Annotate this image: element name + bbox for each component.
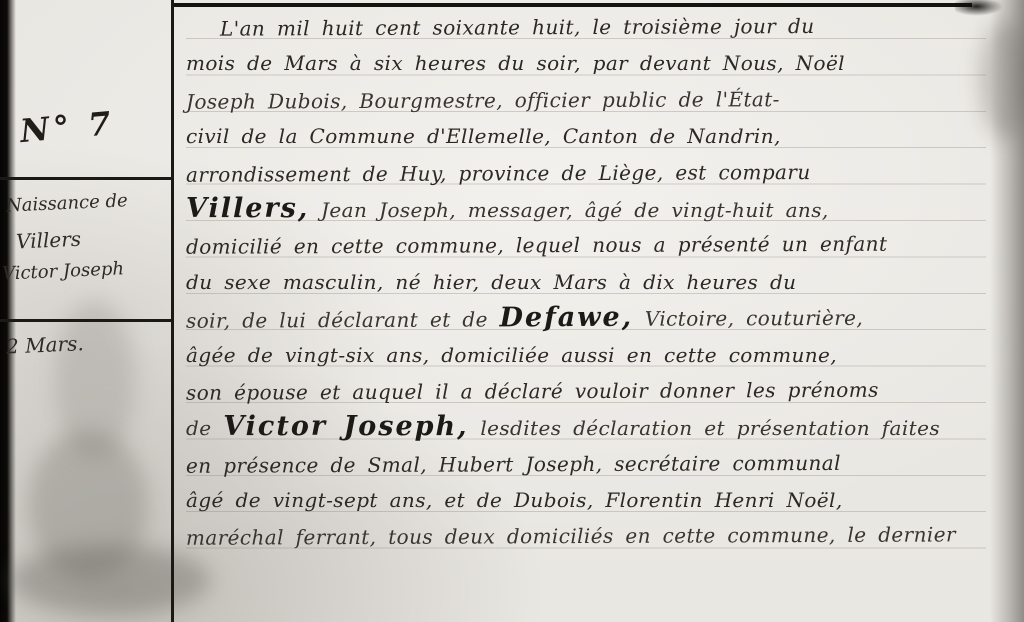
mother-surname: Defawe, [499, 302, 633, 334]
margin-heading-surname: Villers [16, 222, 179, 253]
act-body-text: L'an mil huit cent soixante huit, le tro… [186, 9, 986, 555]
margin-divider-rule [0, 177, 171, 180]
line-text: en présence de Smal, Hubert Joseph, secr… [186, 451, 841, 478]
body-line: maréchal ferrant, tous deux domiciliés e… [186, 517, 986, 557]
line-text: L'an mil huit cent soixante huit, le tro… [220, 14, 815, 41]
margin-divider-rule [0, 319, 171, 322]
line-text: Victoire, couturière, [633, 306, 863, 331]
margin-heading-givennames: Victor Joseph [2, 256, 165, 284]
line-text: du sexe masculin, né hier, deux Mars à d… [186, 270, 796, 294]
body-line: civil de la Commune d'Ellemelle, Canton … [186, 118, 986, 154]
margin-date: 2 Mars. [6, 327, 169, 358]
scanned-register-page: N° 7 Naissance de Villers Victor Joseph … [0, 0, 1024, 622]
body-line: Villers, Jean Joseph, messager, âgé de v… [186, 191, 986, 227]
line-text: maréchal ferrant, tous deux domiciliés e… [186, 523, 956, 550]
line-text: Jean Joseph, messager, âgé de vingt-huit… [309, 198, 828, 222]
body-line: son épouse et auquel il a déclaré vouloi… [186, 371, 986, 411]
line-text: mois de Mars à six heures du soir, par d… [186, 51, 845, 75]
child-given-names: Victor Joseph, [223, 411, 468, 442]
line-text: domicilié en cette commune, lequel nous … [186, 232, 887, 259]
line-text: âgé de vingt-sept ans, et de Dubois, Flo… [186, 488, 843, 512]
body-line: de Victor Joseph, lesdites déclaration e… [186, 409, 986, 445]
body-line: arrondissement de Huy, province de Liège… [186, 153, 986, 193]
margin-heading-naissance: Naissance de [6, 188, 169, 216]
line-text: Joseph Dubois, Bourgmestre, officier pub… [186, 87, 780, 114]
body-line: mois de Mars à six heures du soir, par d… [186, 45, 986, 81]
top-border-rule [172, 3, 972, 7]
line-text: soir, de lui déclarant et de [186, 308, 500, 333]
margin-vertical-rule [171, 0, 174, 622]
act-number: N° 7 [19, 104, 117, 150]
body-line: âgé de vingt-sept ans, et de Dubois, Flo… [186, 482, 986, 518]
line-text: arrondissement de Huy, province de Liège… [186, 160, 811, 187]
line-text: son épouse et auquel il a déclaré vouloi… [186, 378, 879, 405]
line-text: lesdites déclaration et présentation fai… [469, 416, 940, 440]
line-text: de [186, 416, 223, 440]
margin-column: N° 7 Naissance de Villers Victor Joseph … [0, 0, 171, 622]
body-line: domicilié en cette commune, lequel nous … [186, 226, 986, 266]
scan-shadow-right [990, 0, 1024, 622]
body-line: en présence de Smal, Hubert Joseph, secr… [186, 444, 986, 484]
body-line: Joseph Dubois, Bourgmestre, officier pub… [186, 80, 986, 120]
body-line: L'an mil huit cent soixante huit, le tro… [186, 7, 986, 47]
line-text: âgée de vingt-six ans, domiciliée aussi … [186, 343, 837, 367]
line-text: civil de la Commune d'Ellemelle, Canton … [186, 124, 781, 148]
body-line: soir, de lui déclarant et de Defawe, Vic… [186, 298, 986, 338]
father-surname: Villers, [186, 193, 309, 224]
body-line: du sexe masculin, né hier, deux Mars à d… [186, 264, 986, 300]
body-line: âgée de vingt-six ans, domiciliée aussi … [186, 337, 986, 373]
